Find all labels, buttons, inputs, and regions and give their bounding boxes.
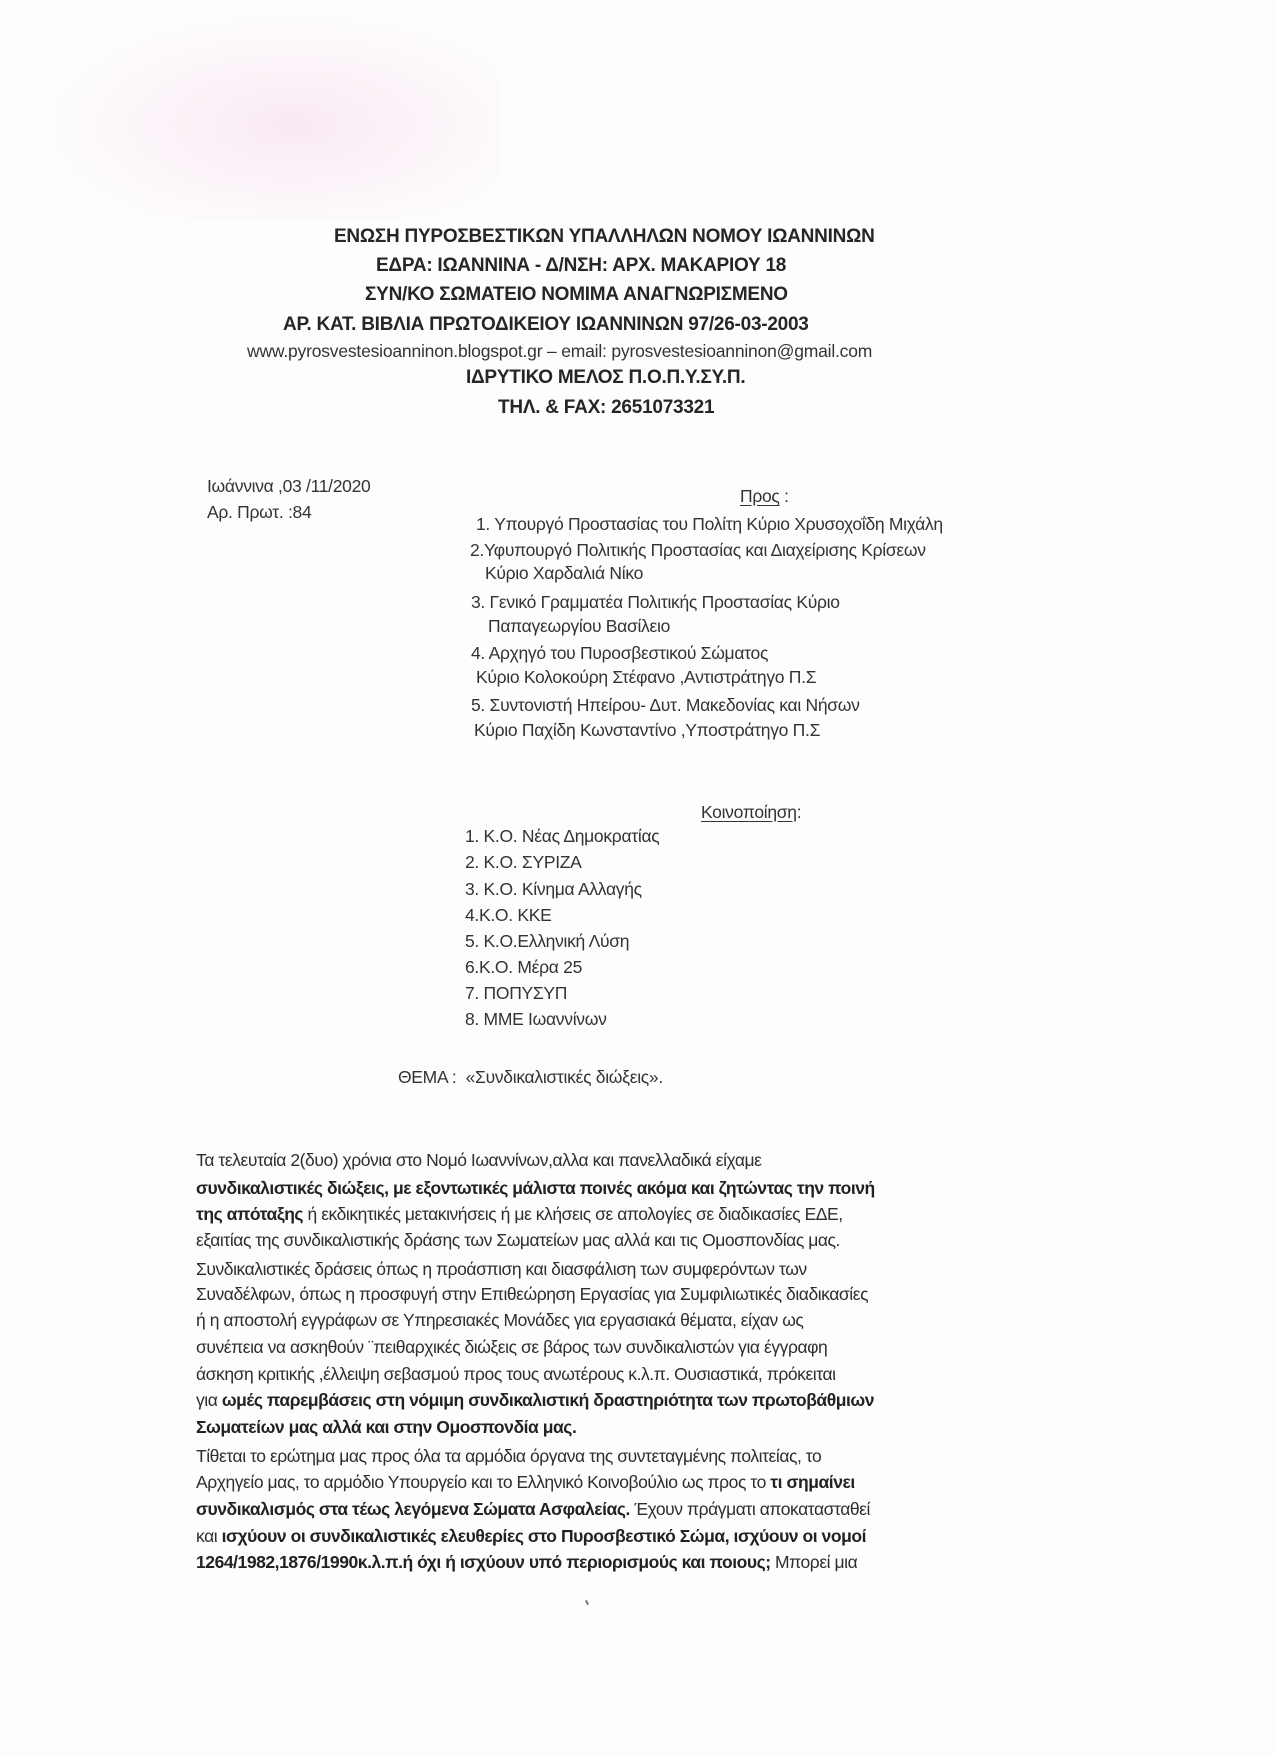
subject-label: ΘΕΜΑ : bbox=[398, 1067, 457, 1087]
recipient-line: Κύριο Χαρδαλιά Νίκο bbox=[485, 563, 643, 584]
scan-smudge bbox=[40, 10, 500, 220]
body-text: Έχουν πράγματι αποκατασταθεί bbox=[630, 1499, 870, 1519]
org-contact-line: www.pyrosvestesioanninon.blogspot.gr – e… bbox=[247, 341, 872, 362]
cc-heading-label: Κοινοποίηση bbox=[701, 802, 797, 822]
cc-item: 3. Κ.Ο. Κίνημα Αλλαγής bbox=[465, 879, 642, 900]
body-text-bold: συνδικαλισμός στα τέως λεγόμενα Σώματα Α… bbox=[196, 1499, 630, 1519]
recipients-heading: Προς : bbox=[740, 486, 789, 507]
org-registry: ΑΡ. ΚΑΤ. ΒΙΒΛΙΑ ΠΡΩΤΟΔΙΚΕΙΟΥ ΙΩΑΝΝΙΝΩΝ 9… bbox=[283, 314, 809, 336]
recipient-line: 2.Υφυπουργό Πολιτικής Προστασίας και Δια… bbox=[470, 540, 926, 561]
org-status: ΣΥΝ/ΚΟ ΣΩΜΑΤΕΙΟ ΝΟΜΙΜΑ ΑΝΑΓΝΩΡΙΣΜΕΝΟ bbox=[365, 284, 788, 306]
email-link[interactable]: pyrosvestesioanninon@gmail.com bbox=[611, 341, 872, 361]
body-line: συνδικαλισμός στα τέως λεγόμενα Σώματα Α… bbox=[196, 1499, 870, 1520]
body-text-bold: ωμές παρεμβάσεις στη νόμιμη συνδικαλιστι… bbox=[222, 1390, 874, 1410]
org-seat: ΕΔΡΑ: ΙΩΑΝΝΙΝΑ - Δ/ΝΣΗ: ΑΡΧ. ΜΑΚΑΡΙΟΥ 18 bbox=[376, 255, 786, 277]
cc-item: 1. Κ.Ο. Νέας Δημοκρατίας bbox=[465, 826, 659, 847]
subject-text: «Συνδικαλιστικές διώξεις». bbox=[466, 1067, 663, 1087]
body-text-bold: τι σημαίνει bbox=[770, 1472, 854, 1492]
body-text: εξαιτίας της συνδικαλιστικής δράσης των … bbox=[196, 1230, 840, 1250]
contact-separator: – bbox=[542, 341, 561, 361]
cc-heading: Κοινοποίηση: bbox=[701, 802, 801, 823]
body-text: για bbox=[196, 1390, 222, 1410]
body-line: Αρχηγείο μας, το αρμόδιο Υπουργείο και τ… bbox=[196, 1472, 855, 1493]
org-name: ΕΝΩΣΗ ΠΥΡΟΣΒΕΣΤΙΚΩΝ ΥΠΑΛΛΗΛΩΝ ΝΟΜΟΥ ΙΩΑΝ… bbox=[334, 226, 875, 248]
body-text: άσκηση κριτικής ,έλλειψη σεβασμού προς τ… bbox=[196, 1364, 836, 1384]
body-line: για ωμές παρεμβάσεις στη νόμιμη συνδικαλ… bbox=[196, 1390, 874, 1411]
cc-item: 4.Κ.Ο. ΚΚΕ bbox=[465, 905, 551, 926]
body-text: και bbox=[196, 1526, 222, 1546]
phone-fax: ΤΗΛ. & FAX: 2651073321 bbox=[498, 397, 714, 419]
body-line: Τα τελευταία 2(δυο) χρόνια στο Νομό Ιωαν… bbox=[196, 1150, 761, 1171]
cc-item: 8. ΜΜΕ Ιωαννίνων bbox=[465, 1009, 607, 1030]
body-line: Σωματείων μας αλλά και στην Ομοσπονδία μ… bbox=[196, 1417, 576, 1438]
body-line: 1264/1982,1876/1990κ.λ.π.ή όχι ή ισχύουν… bbox=[196, 1552, 857, 1573]
subject-line: ΘΕΜΑ : «Συνδικαλιστικές διώξεις». bbox=[398, 1067, 663, 1088]
recipients-heading-label: Προς bbox=[740, 486, 780, 506]
body-text-bold: Σωματείων μας αλλά και στην Ομοσπονδία μ… bbox=[196, 1417, 576, 1437]
body-text: Αρχηγείο μας, το αρμόδιο Υπουργείο και τ… bbox=[196, 1472, 770, 1492]
body-line: Συναδέλφων, όπως η προσφυγή στην Επιθεώρ… bbox=[196, 1284, 868, 1305]
body-line: ή η αποστολή εγγράφων σε Υπηρεσιακές Μον… bbox=[196, 1310, 803, 1331]
recipient-line: 3. Γενικό Γραμματέα Πολιτικής Προστασίας… bbox=[471, 592, 840, 613]
recipient-line: 1. Υπουργό Προστασίας του Πολίτη Κύριο Χ… bbox=[476, 514, 943, 535]
website-link[interactable]: www.pyrosvestesioanninon.blogspot.gr bbox=[247, 341, 542, 361]
recipient-line: Κύριο Παχίδη Κωνσταντίνο ,Υποστράτηγο Π.… bbox=[474, 720, 820, 741]
body-line: συνέπεια να ασκηθούν ¨πειθαρχικές διώξει… bbox=[196, 1337, 827, 1358]
recipient-line: Παπαγεωργίου Βασίλειο bbox=[488, 616, 670, 637]
body-line: Τίθεται το ερώτημα μας προς όλα τα αρμόδ… bbox=[196, 1446, 821, 1467]
body-line: Συνδικαλιστικές δράσεις όπως η προάσπιση… bbox=[196, 1259, 807, 1280]
cc-item: 7. ΠΟΠΥΣΥΠ bbox=[465, 983, 567, 1004]
body-line: εξαιτίας της συνδικαλιστικής δράσης των … bbox=[196, 1230, 840, 1251]
body-line: άσκηση κριτικής ,έλλειψη σεβασμού προς τ… bbox=[196, 1364, 836, 1385]
body-text: Μπορεί μια bbox=[771, 1552, 858, 1572]
cc-item: 6.Κ.Ο. Μέρα 25 bbox=[465, 957, 582, 978]
body-text: συνέπεια να ασκηθούν ¨πειθαρχικές διώξει… bbox=[196, 1337, 827, 1357]
body-text: Τίθεται το ερώτημα μας προς όλα τα αρμόδ… bbox=[196, 1446, 821, 1466]
body-text-bold: της απόταξης bbox=[196, 1204, 303, 1224]
founding-member: ΙΔΡΥΤΙΚΟ ΜΕΛΟΣ Π.Ο.Π.Υ.ΣΥ.Π. bbox=[466, 367, 745, 389]
cc-item: 5. Κ.Ο.Ελληνική Λύση bbox=[465, 931, 629, 952]
recipient-line: 5. Συντονιστή Ηπείρου- Δυτ. Μακεδονίας κ… bbox=[471, 695, 860, 716]
body-text: Συναδέλφων, όπως η προσφυγή στην Επιθεώρ… bbox=[196, 1284, 868, 1304]
place-date: Ιωάννινα ,03 /11/2020 bbox=[207, 476, 370, 497]
body-text: ή εκδικητικές μετακινήσεις ή με κλήσεις … bbox=[303, 1204, 843, 1224]
body-text: Τα τελευταία 2(δυο) χρόνια στο Νομό Ιωαν… bbox=[196, 1150, 761, 1170]
email-label: email: bbox=[561, 341, 611, 361]
body-text: ή η αποστολή εγγράφων σε Υπηρεσιακές Μον… bbox=[196, 1310, 803, 1330]
cc-item: 2. Κ.Ο. ΣΥΡΙΖΑ bbox=[465, 852, 582, 873]
body-text-bold: συνδικαλιστικές διώξεις, με εξοντωτικές … bbox=[196, 1178, 875, 1198]
body-line: και ισχύουν οι συνδικαλιστικές ελευθερίε… bbox=[196, 1526, 866, 1547]
recipients-heading-colon: : bbox=[780, 486, 789, 506]
body-text-bold: 1264/1982,1876/1990κ.λ.π.ή όχι ή ισχύουν… bbox=[196, 1552, 771, 1572]
recipient-line: Κύριο Κολοκούρη Στέφανο ,Αντιστράτηγο Π.… bbox=[476, 667, 816, 688]
cc-heading-colon: : bbox=[797, 802, 802, 822]
recipient-line: 4. Αρχηγό του Πυροσβεστικού Σώματος bbox=[471, 643, 768, 664]
body-text-bold: ισχύουν οι συνδικαλιστικές ελευθερίες στ… bbox=[222, 1526, 866, 1546]
body-line: της απόταξης ή εκδικητικές μετακινήσεις … bbox=[196, 1204, 843, 1225]
protocol-number: Αρ. Πρωτ. :84 bbox=[207, 502, 311, 523]
scan-speck bbox=[585, 1600, 589, 1605]
body-line: συνδικαλιστικές διώξεις, με εξοντωτικές … bbox=[196, 1178, 875, 1199]
body-text: Συνδικαλιστικές δράσεις όπως η προάσπιση… bbox=[196, 1259, 807, 1279]
